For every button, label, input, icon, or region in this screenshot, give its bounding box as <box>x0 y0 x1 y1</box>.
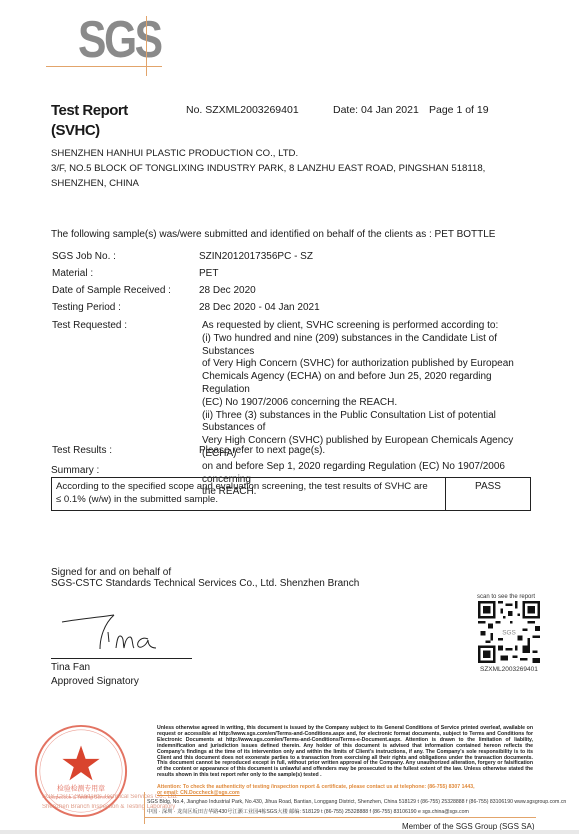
field-label-material: Material : <box>52 268 93 279</box>
field-label-job-no: SGS Job No. : <box>52 251 116 262</box>
field-value-date-received: 28 Dec 2020 <box>199 285 256 296</box>
logo-divider-horizontal <box>46 66 162 67</box>
report-date: Date: 04 Jan 2021 <box>333 104 419 116</box>
req-line: (i) Two hundred and nine (209) substance… <box>202 333 532 359</box>
page-indicator: Page 1 of 19 <box>429 104 489 116</box>
qr-id: SZXML2003269401 <box>480 666 538 673</box>
signed-on-behalf: Signed for and on behalf of SGS-CSTC Sta… <box>51 567 359 589</box>
qr-code[interactable]: SGS <box>478 601 540 663</box>
report-title: Test Report <box>51 101 128 121</box>
qr-center-label: SGS <box>502 630 516 637</box>
stamp-chinese: 检验检测专用章 <box>57 784 105 793</box>
summary-table: According to the specified scope and eva… <box>51 477 531 511</box>
field-label-date-received: Date of Sample Received : <box>52 285 171 296</box>
client-address-line1: 3/F, NO.5 BLOCK OF TONGLIXING INDUSTRY P… <box>51 161 485 176</box>
signed-line1: Signed for and on behalf of <box>51 567 359 578</box>
report-number: No. SZXML2003269401 <box>186 104 299 116</box>
field-value-testing-period: 28 Dec 2020 - 04 Jan 2021 <box>199 302 320 313</box>
attention-email[interactable]: or email: CN.Doccheck@sgs.com <box>157 791 533 797</box>
signer-role: Approved Signatory <box>51 675 139 689</box>
legal-disclaimer: Unless otherwise agreed in writing, this… <box>157 726 533 779</box>
field-value-job-no: SZIN2012017356PC - SZ <box>199 251 313 262</box>
report-subtitle: (SVHC) <box>51 121 100 141</box>
client-address-line2: SHENZHEN, CHINA <box>51 176 485 191</box>
summary-label: Summary : <box>51 465 99 476</box>
field-label-test-results: Test Results : <box>52 445 112 456</box>
field-value-material: PET <box>199 268 218 279</box>
signature-line <box>51 658 192 659</box>
sample-intro: The following sample(s) was/were submitt… <box>51 229 495 240</box>
summary-text-line2: ≤ 0.1% (w/w) in the submitted sample. <box>56 493 441 506</box>
footer-divider-horizontal <box>144 817 536 818</box>
signer-name: Tina Fan <box>51 661 139 675</box>
req-line: As requested by client, SVHC screening i… <box>202 320 532 333</box>
page-bottom-edge <box>0 830 579 834</box>
handwritten-signature <box>60 612 170 654</box>
req-line: Chemicals Agency (ECHA) on and before Ju… <box>202 371 532 397</box>
req-line: of Very High Concern (SVHC) for authoriz… <box>202 358 532 371</box>
field-label-test-requested: Test Requested : <box>52 320 127 331</box>
client-block: SHENZHEN HANHUI PLASTIC PRODUCTION CO., … <box>51 146 485 191</box>
logo-divider-vertical <box>146 16 147 76</box>
field-label-testing-period: Testing Period : <box>52 302 121 313</box>
summary-text-line1: According to the specified scope and eva… <box>56 480 441 493</box>
client-name: SHENZHEN HANHUI PLASTIC PRODUCTION CO., … <box>51 146 485 161</box>
field-value-test-results: Please refer to next page(s). <box>199 445 325 456</box>
test-requested-text: As requested by client, SVHC screening i… <box>202 320 532 499</box>
sgs-logo: SGS <box>78 14 161 66</box>
qr-caption: scan to see the report <box>477 594 535 600</box>
authenticity-notice: Attention: To check the authenticity of … <box>157 785 533 797</box>
footer-divider-vertical <box>144 792 145 824</box>
footer-address-cn: 中国 · 深圳 · 龙岗区坂田吉华路430号江灏工业园4栋SGS大楼 邮编: 5… <box>147 808 469 815</box>
summary-result: PASS <box>446 478 530 510</box>
req-line: (EC) No 1907/2006 concerning the REACH. <box>202 397 532 410</box>
footer-address-en: SGS Bldg, No.4, Jianghao Industrial Park… <box>147 799 566 805</box>
signed-line2: SGS-CSTC Standards Technical Services Co… <box>51 578 359 589</box>
signer-block: Tina Fan Approved Signatory <box>51 661 139 689</box>
summary-text: According to the specified scope and eva… <box>52 478 446 510</box>
req-line: (ii) Three (3) substances in the Public … <box>202 410 532 436</box>
